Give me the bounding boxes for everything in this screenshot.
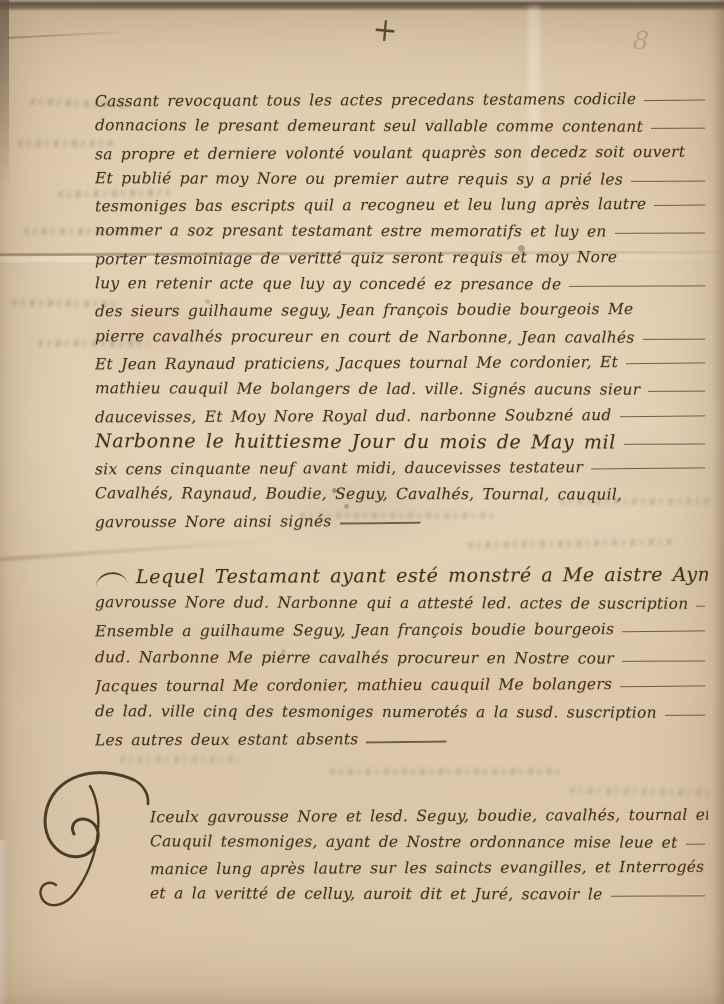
manuscript-line: des sieurs guilhaume seguy, Jean françoi… (95, 296, 708, 325)
page-edge-highlight-left (0, 840, 8, 1004)
manuscript-line: Ensemble a guilhaume Seguy, Jean françoi… (95, 616, 708, 646)
manuscript-line: Les autres deux estant absents (95, 725, 708, 755)
line-filler-stroke (366, 734, 450, 746)
manuscript-line-text: porter tesmoiniage de veritté quiz seron… (95, 244, 617, 273)
manuscript-line-text: sa propre et derniere volonté voulant qu… (95, 138, 685, 167)
manuscript-line-text: gavrousse Nore ainsi signés (95, 508, 332, 535)
manuscript-line: Narbonne le huittiesme Jour du mois de M… (95, 428, 708, 456)
manuscript-line: Iceulx gavrousse Nore et lesd. Seguy, bo… (150, 802, 708, 830)
paragraph-revocation-clause: Cassant revocquant tous les actes preced… (95, 87, 708, 534)
manuscript-line: six cens cinquante neuf avant midi, dauc… (95, 454, 708, 483)
ink-spots (0, 0, 3, 3)
line-filler-stroke (651, 121, 708, 133)
manuscript-line-text: luy en retenir acte que luy ay concedé e… (95, 270, 561, 298)
line-filler-stroke (696, 599, 708, 611)
line-filler-stroke (622, 653, 708, 665)
manuscript-line-text: Cavalhés, Raynaud, Boudie, Seguy, Cavalh… (95, 481, 622, 509)
manuscript-line-text: Narbonne le huittiesme Jour du mois de M… (95, 428, 616, 456)
manuscript-line-text: Iceulx gavrousse Nore et lesd. Seguy, bo… (150, 802, 708, 830)
manuscript-line: Et Jean Raynaud praticiens, Jacques tour… (95, 349, 708, 378)
manuscript-line: porter tesmoiniage de veritté quiz seron… (95, 243, 708, 272)
manuscript-line: pierre cavalhés procureur en court de Na… (95, 323, 708, 351)
manuscript-line-text: de lad. ville cinq des tesmoniges numero… (95, 698, 657, 727)
flourished-initial-icon (28, 768, 162, 920)
line-filler-stroke (643, 331, 708, 343)
paragraph-witnesses-oath-clause: Iceulx gavrousse Nore et lesd. Seguy, bo… (150, 803, 708, 907)
manuscript-line-text: donnacions le presant demeurant seul val… (95, 112, 643, 140)
ink-bleedthrough (468, 538, 673, 549)
manuscript-line-text: Jacques tournal Me cordonier, mathieu ca… (95, 671, 612, 700)
cross-mark-icon: + (366, 11, 403, 51)
ink-bleedthrough (120, 756, 240, 763)
manuscript-line-text: pierre cavalhés procureur en court de Na… (95, 323, 635, 351)
manuscript-line: de lad. ville cinq des tesmoniges numero… (95, 698, 708, 727)
manuscript-line-text: Et Jean Raynaud praticiens, Jacques tour… (95, 349, 618, 378)
manuscript-line: manice lung après lautre sur les saincts… (150, 854, 708, 882)
line-filler-stroke (340, 515, 424, 527)
manuscript-line-text: six cens cinquante neuf avant midi, dauc… (95, 454, 583, 482)
manuscript-line: dud. Narbonne Me pierre cavalhés procure… (95, 644, 708, 673)
line-filler-stroke (615, 226, 708, 238)
page-corner-fold-line (8, 31, 120, 39)
line-filler-stroke (622, 624, 708, 636)
ink-bleedthrough (570, 787, 710, 796)
line-filler-stroke (644, 93, 708, 105)
photo-edge-left (0, 0, 9, 190)
line-filler-stroke (624, 437, 708, 449)
manuscript-line-text: daucevisses, Et Moy Nore Royal dud. narb… (95, 402, 612, 431)
line-filler-stroke (569, 279, 708, 291)
page-number: 8 (632, 25, 650, 55)
manuscript-line: Cassant revocquant tous les actes preced… (95, 86, 708, 115)
manuscript-line: sa propre et derniere volonté voulant qu… (95, 138, 708, 167)
line-filler-stroke (610, 888, 708, 900)
manuscript-line: Et publié par moy Nore ou premier autre … (95, 165, 708, 193)
manuscript-line: Jacques tournal Me cordonier, mathieu ca… (95, 670, 708, 700)
fold-crease-diagonal (0, 538, 280, 562)
manuscript-line-text: Cassant revocquant tous les actes preced… (95, 86, 636, 115)
manuscript-line-text: des sieurs guilhaume seguy, Jean françoi… (95, 296, 634, 325)
manuscript-line: tesmoniges bas escripts quil a recogneu … (95, 191, 708, 220)
manuscript-line-text: Et publié par moy Nore ou premier autre … (95, 165, 623, 193)
manuscript-line: et a la veritté de celluy, auroit dit et… (150, 880, 708, 907)
line-filler-stroke (665, 707, 708, 719)
manuscript-line-text: manice lung après lautre sur les saincts… (150, 854, 704, 882)
manuscript-line: donnacions le presant demeurant seul val… (95, 112, 708, 140)
manuscript-line-text: Lequel Testamant ayant esté monstré a Me… (95, 562, 708, 592)
line-filler-stroke (591, 461, 708, 474)
manuscript-line-text: Ensemble a guilhaume Seguy, Jean françoi… (95, 616, 614, 645)
manuscript-line-text: Les autres deux estant absents (95, 726, 359, 754)
line-filler-stroke (620, 408, 708, 420)
line-filler-stroke (654, 198, 708, 210)
manuscript-line: luy en retenir acte que luy ay concedé e… (95, 270, 708, 298)
line-filler-stroke (686, 837, 708, 849)
line-filler-stroke (620, 678, 708, 690)
line-filler-stroke (631, 174, 708, 186)
line-filler-stroke (648, 384, 708, 396)
paragraph-presentation-clause: Lequel Testamant ayant esté monstré a Me… (95, 563, 708, 753)
ink-bleedthrough (330, 768, 560, 775)
photo-edge-right (712, 0, 724, 1004)
manuscript-page-photo: + 8 Cassant revocquant tous les actes pr… (0, 0, 724, 1004)
manuscript-line: Lequel Testamant ayant esté monstré a Me… (95, 562, 708, 592)
manuscript-line: daucevisses, Et Moy Nore Royal dud. narb… (95, 401, 708, 430)
manuscript-line-text: mathieu cauquil Me bolangers de lad. vil… (95, 375, 640, 403)
manuscript-line: Cavalhés, Raynaud, Boudie, Seguy, Cavalh… (95, 481, 708, 509)
manuscript-line-text: tesmoniges bas escripts quil a recogneu … (95, 191, 647, 220)
photo-edge-top (0, 0, 724, 11)
manuscript-line-text: dud. Narbonne Me pierre cavalhés procure… (95, 644, 614, 673)
manuscript-line: gavrousse Nore ainsi signés (95, 506, 708, 535)
manuscript-line: Cauquil tesmoniges, ayant de Nostre ordo… (150, 828, 708, 855)
manuscript-line-text: Cauquil tesmoniges, ayant de Nostre ordo… (150, 828, 678, 855)
manuscript-line: nommer a soz presant testamant estre mem… (95, 218, 708, 246)
manuscript-line-text: et a la veritté de celluy, auroit dit et… (150, 880, 603, 907)
manuscript-line: gavrousse Nore dud. Narbonne qui a attes… (95, 589, 708, 618)
manuscript-line-text: gavrousse Nore dud. Narbonne qui a attes… (95, 589, 688, 618)
line-filler-stroke (626, 356, 708, 368)
manuscript-line-text: nommer a soz presant testamant estre mem… (95, 218, 607, 246)
manuscript-line: mathieu cauquil Me bolangers de lad. vil… (95, 375, 708, 403)
